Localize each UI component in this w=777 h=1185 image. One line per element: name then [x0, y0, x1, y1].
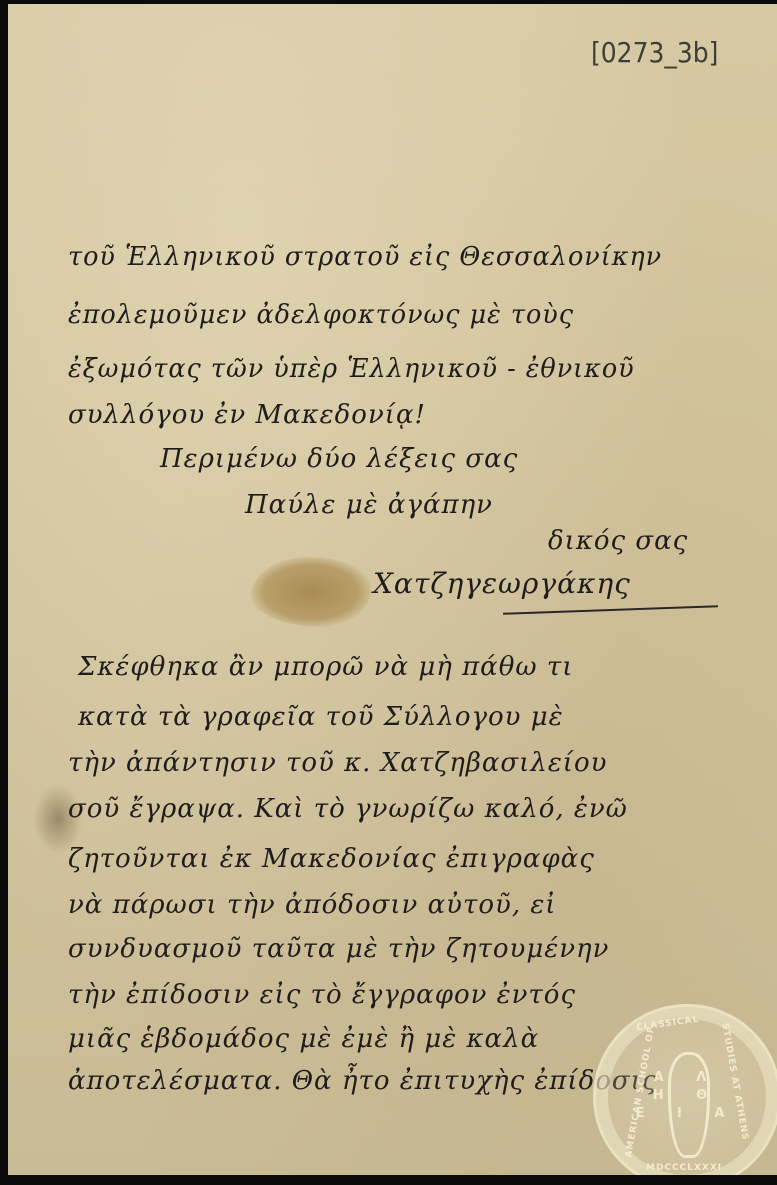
postscript-line-6: νὰ πάρωσι τὴν ἀπόδοσιν αὐτοῦ, εἰ — [68, 890, 557, 920]
document-page: [0273_3b] τοῦ Ἑλληνικοῦ στρατοῦ εἰς Θεσσ… — [8, 4, 777, 1175]
postscript-line-10: ἀποτελέσματα. Θὰ ἦτο ἐπιτυχὴς ἐπίδοσις — [68, 1066, 657, 1096]
signature-underline — [503, 605, 718, 615]
body-line-4: συλλόγου ἐν Μακεδονίᾳ! — [68, 400, 426, 430]
seal-year: MDCCCLXXXI — [646, 1163, 722, 1173]
postscript-line-8: τὴν ἐπίδοσιν εἰς τὸ ἔγγραφον ἐντός — [68, 980, 576, 1010]
signature: Χατζηγεωργάκης — [373, 567, 631, 600]
closing-line-1: Περιμένω δύο λέξεις σας — [160, 444, 518, 474]
archive-reference-label: [0273_3b] — [591, 37, 718, 69]
body-line-2: ἐπολεμοῦμεν ἀδελφοκτόνως μὲ τοὺς — [68, 300, 574, 330]
seal-inner-letters: Α Λ Η Θ Ε Ι Α — [634, 1069, 740, 1123]
postscript-line-9: μιᾶς ἑβδομάδος μὲ ἐμὲ ἢ μὲ καλὰ — [68, 1024, 539, 1054]
institution-seal-watermark: CLASSICAL STUDIES AT ATHENS AMERICAN SCH… — [593, 1004, 777, 1185]
body-line-1: τοῦ Ἑλληνικοῦ στρατοῦ εἰς Θεσσαλονίκην — [68, 242, 662, 272]
postscript-line-3: τὴν ἀπάντησιν τοῦ κ. Χατζηβασιλείου — [68, 748, 607, 778]
postscript-line-4: σοῦ ἔγραψα. Καὶ τὸ γνωρίζω καλό, ἐνῶ — [68, 794, 628, 824]
paper-stain — [251, 557, 371, 627]
postscript-line-2: κατὰ τὰ γραφεῖα τοῦ Σύλλογου μὲ — [78, 702, 564, 732]
body-line-3: ἐξωμότας τῶν ὑπὲρ Ἑλληνικοῦ - ἐθνικοῦ — [68, 354, 635, 384]
closing-line-3: δικός σας — [548, 526, 688, 556]
postscript-line-1: Σκέφθηκα ἂν μπορῶ νὰ μὴ πάθω τι — [78, 652, 573, 682]
scan-border — [0, 1175, 777, 1185]
postscript-line-7: συνδυασμοῦ ταῦτα μὲ τὴν ζητουμένην — [68, 934, 609, 964]
postscript-line-5: ζητοῦνται ἐκ Μακεδονίας ἐπιγραφὰς — [68, 844, 595, 874]
closing-line-2: Παύλε μὲ ἀγάπην — [245, 490, 493, 520]
